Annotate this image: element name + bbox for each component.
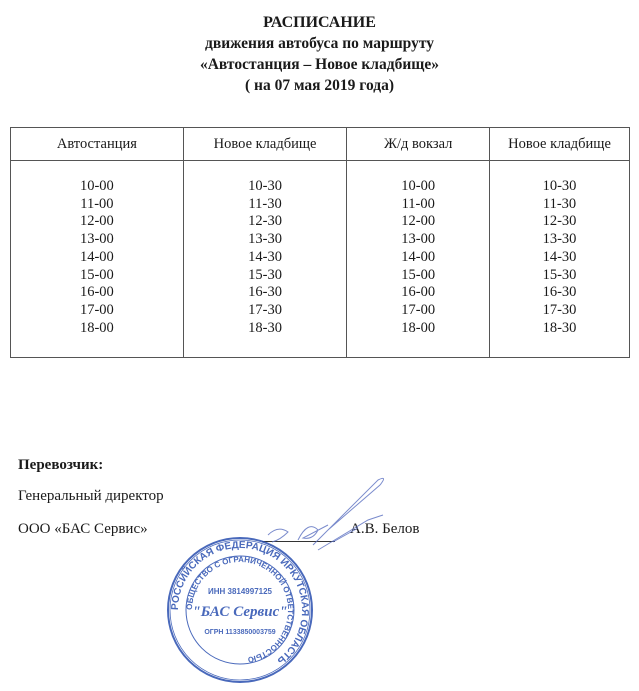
table-row: 10-0011-0012-0013-0014-0015-0016-0017-00… [11,161,630,358]
schedule-table: Автостанция Новое кладбище Ж/д вокзал Но… [10,127,630,358]
time-cell: 14-30 [490,249,629,267]
time-cell: 13-00 [347,231,489,249]
time-cell: 13-30 [184,231,347,249]
time-cell: 17-30 [184,302,347,320]
column-header: Новое кладбище [490,128,630,161]
column-header: Ж/д вокзал [347,128,490,161]
company-stamp-icon: РОССИЙСКАЯ ФЕДЕРАЦИЯ ИРКУТСКАЯ ОБЛАСТЬ О… [160,530,320,690]
time-cell: 16-00 [347,284,489,302]
time-cell: 16-30 [490,284,629,302]
time-cell: 17-00 [347,302,489,320]
document-title: РАСПИСАНИЕ [0,12,639,33]
time-cell: 12-00 [11,213,183,231]
svg-text:ОГРН 1133850003759: ОГРН 1133850003759 [204,629,275,636]
time-cell: 13-00 [11,231,183,249]
time-cell: 11-30 [490,196,629,214]
signatory-position: Генеральный директор [18,488,164,505]
route-name: «Автостанция – Новое кладбище» [0,54,639,75]
column-header: Автостанция [11,128,184,161]
time-cell: 11-00 [347,196,489,214]
time-cell: 10-30 [184,178,347,196]
time-cell: 11-00 [11,196,183,214]
time-cell: 15-00 [347,267,489,285]
svg-text:ИНН 3814997125: ИНН 3814997125 [208,587,273,596]
svg-text:"БАС Сервис": "БАС Сервис" [192,604,287,620]
time-cell: 12-00 [347,213,489,231]
time-cell: 17-30 [490,302,629,320]
times-column-3: 10-0011-0012-0013-0014-0015-0016-0017-00… [347,161,490,358]
time-cell: 15-00 [11,267,183,285]
document-subtitle: движения автобуса по маршруту [0,33,639,54]
time-cell: 14-30 [184,249,347,267]
time-cell: 15-30 [490,267,629,285]
time-cell: 11-30 [184,196,347,214]
times-column-2: 10-3011-3012-3013-3014-3015-3016-3017-30… [183,161,347,358]
time-cell: 17-00 [11,302,183,320]
time-cell: 16-00 [11,284,183,302]
time-cell: 12-30 [184,213,347,231]
time-cell: 18-00 [347,320,489,338]
carrier-label: Перевозчик: [18,457,103,474]
time-cell: 18-30 [490,320,629,338]
time-cell: 15-30 [184,267,347,285]
company-name: ООО «БАС Сервис» [18,521,148,538]
table-header-row: Автостанция Новое кладбище Ж/д вокзал Но… [11,128,630,161]
time-cell: 14-00 [347,249,489,267]
time-cell: 12-30 [490,213,629,231]
time-cell: 10-00 [347,178,489,196]
column-header: Новое кладбище [183,128,347,161]
time-cell: 10-00 [11,178,183,196]
time-cell: 13-30 [490,231,629,249]
schedule-date: ( на 07 мая 2019 года) [0,75,639,96]
time-cell: 14-00 [11,249,183,267]
times-column-1: 10-0011-0012-0013-0014-0015-0016-0017-00… [11,161,184,358]
times-column-4: 10-3011-3012-3013-3014-3015-3016-3017-30… [490,161,630,358]
time-cell: 16-30 [184,284,347,302]
time-cell: 10-30 [490,178,629,196]
time-cell: 18-30 [184,320,347,338]
time-cell: 18-00 [11,320,183,338]
